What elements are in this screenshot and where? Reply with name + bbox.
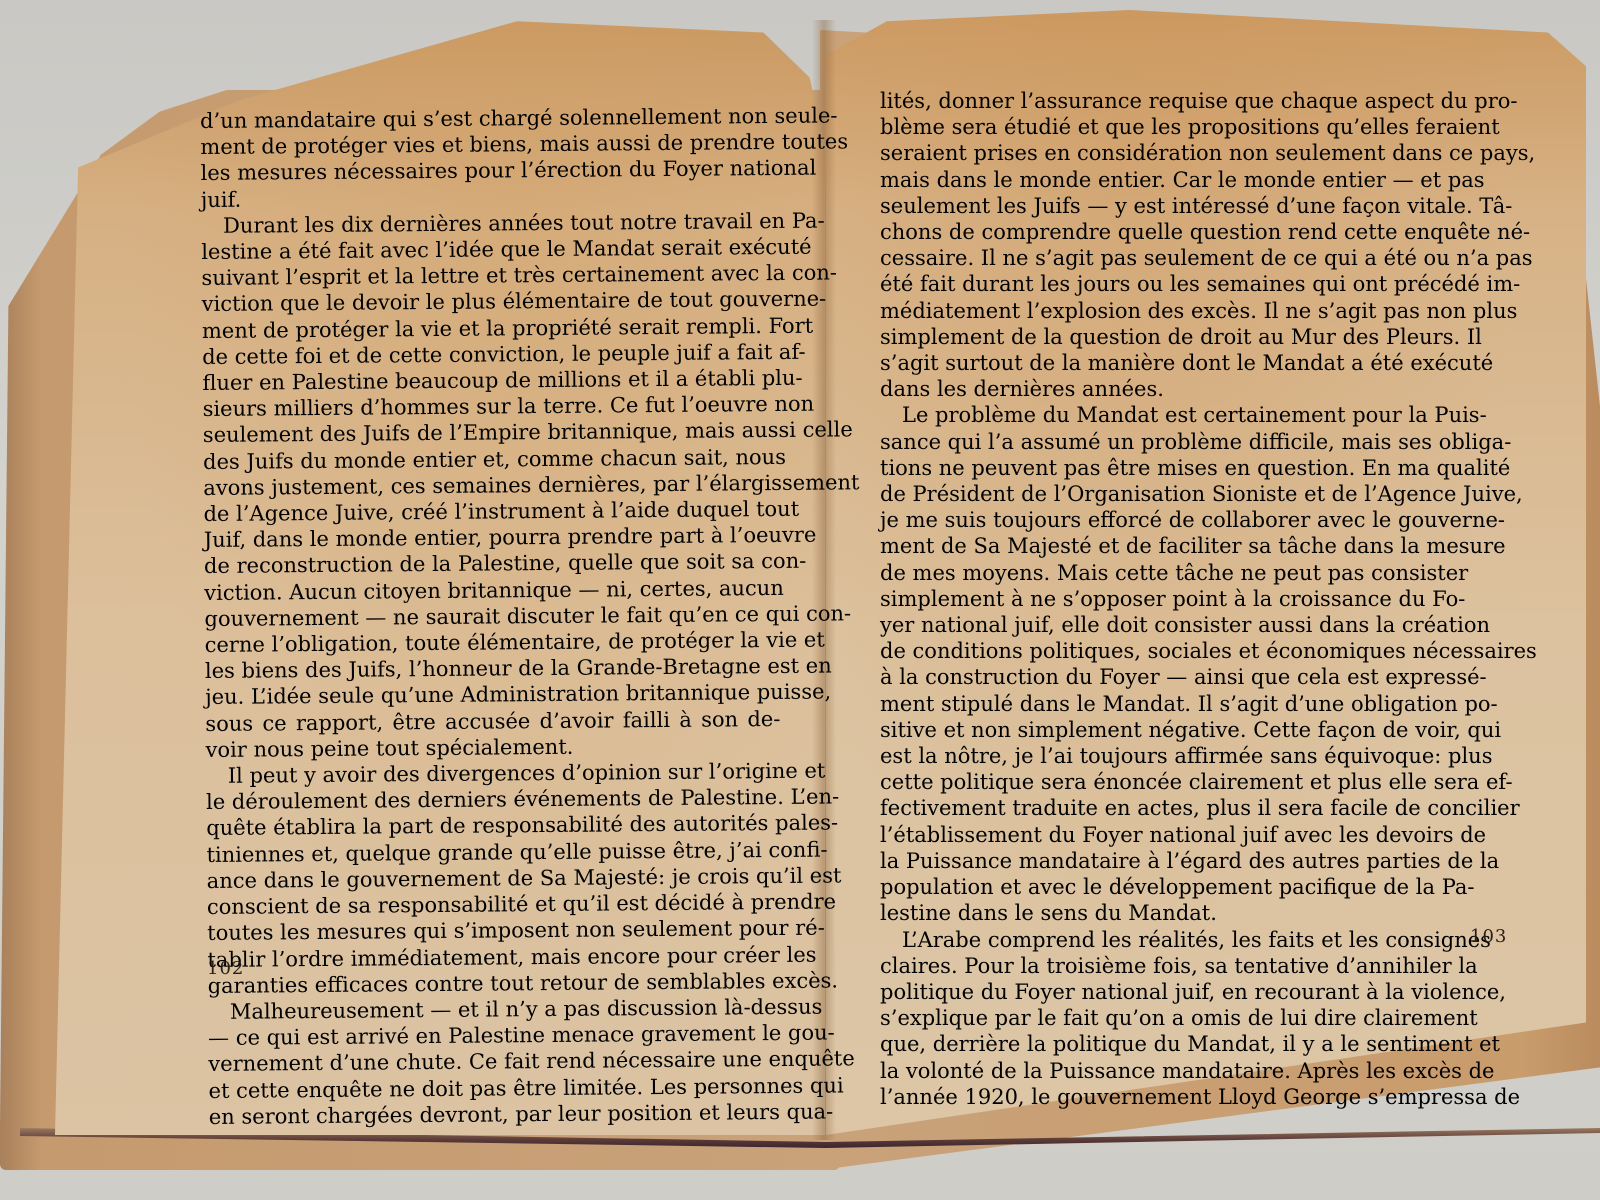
text-line: claires. Pour la troisième fois, sa tent… (880, 953, 1465, 979)
text-line: chons de comprendre quelle question rend… (880, 219, 1465, 245)
text-line: tions ne peuvent pas être mises en quest… (880, 455, 1465, 481)
text-line: la Puissance mandataire à l’égard des au… (880, 848, 1465, 874)
text-line: Le problème du Mandat est certainement p… (880, 402, 1465, 428)
text-line: seulement les Juifs — y est intéressé d’… (880, 193, 1465, 219)
left-page-text: d’un mandataire qui s’est chargé solenne… (200, 103, 784, 1130)
text-line: population et avec le développement paci… (880, 874, 1465, 900)
text-line: je me suis toujours efforcé de collabore… (880, 507, 1465, 533)
text-line: sance qui l’a assumé un problème diffici… (880, 429, 1465, 455)
text-line: en seront chargées devront, par leur pos… (209, 1099, 784, 1130)
text-line: simplement à ne s’opposer point à la cro… (880, 586, 1465, 612)
text-line: s’agit surtout de la manière dont le Man… (880, 350, 1465, 376)
text-line: de Président de l’Organisation Sioniste … (880, 481, 1465, 507)
right-page-number: 103 (1470, 926, 1507, 947)
left-page-number: 102 (207, 958, 244, 979)
text-line: seraient prises en considération non seu… (880, 140, 1465, 166)
text-line: dans les dernières années. (880, 376, 1465, 402)
text-line: politique du Foyer national juif, en rec… (880, 979, 1465, 1005)
text-line: est la nôtre, je l’ai toujours affirmée … (880, 743, 1465, 769)
open-book-photo: d’un mandataire qui s’est chargé solenne… (0, 0, 1600, 1200)
text-line: cette politique sera énoncée clairement … (880, 769, 1465, 795)
text-line: médiatement l’explosion des excès. Il ne… (880, 298, 1465, 324)
text-line: lités, donner l’assurance requise que ch… (880, 88, 1465, 114)
text-line: les mesures nécessaires pour l’érection … (200, 155, 775, 186)
text-line: blème sera étudié et que les proposition… (880, 114, 1465, 140)
text-line: mais dans le monde entier. Car le monde … (880, 167, 1465, 193)
right-page-text: lités, donner l’assurance requise que ch… (880, 88, 1465, 1110)
text-line: la volonté de la Puissance mandataire. A… (880, 1058, 1465, 1084)
text-line: sous ce rapport, être accusée d’avoir fa… (205, 706, 780, 737)
text-line: ment stipulé dans le Mandat. Il s’agit d… (880, 691, 1465, 717)
text-line: yer national juif, elle doit consister a… (880, 612, 1465, 638)
text-line: l’année 1920, le gouvernement Lloyd Geor… (880, 1084, 1465, 1110)
text-line: s’explique par le fait qu’on a omis de l… (880, 1005, 1465, 1031)
text-line: de mes moyens. Mais cette tâche ne peut … (880, 560, 1465, 586)
text-line: à la construction du Foyer — ainsi que c… (880, 664, 1465, 690)
text-line: cessaire. Il ne s’agit pas seulement de … (880, 245, 1465, 271)
text-line: de conditions politiques, sociales et éc… (880, 638, 1465, 664)
text-line: lestine dans le sens du Mandat. (880, 900, 1465, 926)
text-line: l’établissement du Foyer national juif a… (880, 822, 1465, 848)
text-line: sitive et non simplement négative. Cette… (880, 717, 1465, 743)
text-line: fectivement traduite en actes, plus il s… (880, 795, 1465, 821)
text-line: ment de Sa Majesté et de faciliter sa tâ… (880, 533, 1465, 559)
text-line: simplement de la question de droit au Mu… (880, 324, 1465, 350)
text-line: été fait durant les jours ou les semaine… (880, 271, 1465, 297)
text-line: L’Arabe comprend les réalités, les faits… (880, 927, 1465, 953)
text-line: que, derrière la politique du Mandat, il… (880, 1031, 1465, 1057)
